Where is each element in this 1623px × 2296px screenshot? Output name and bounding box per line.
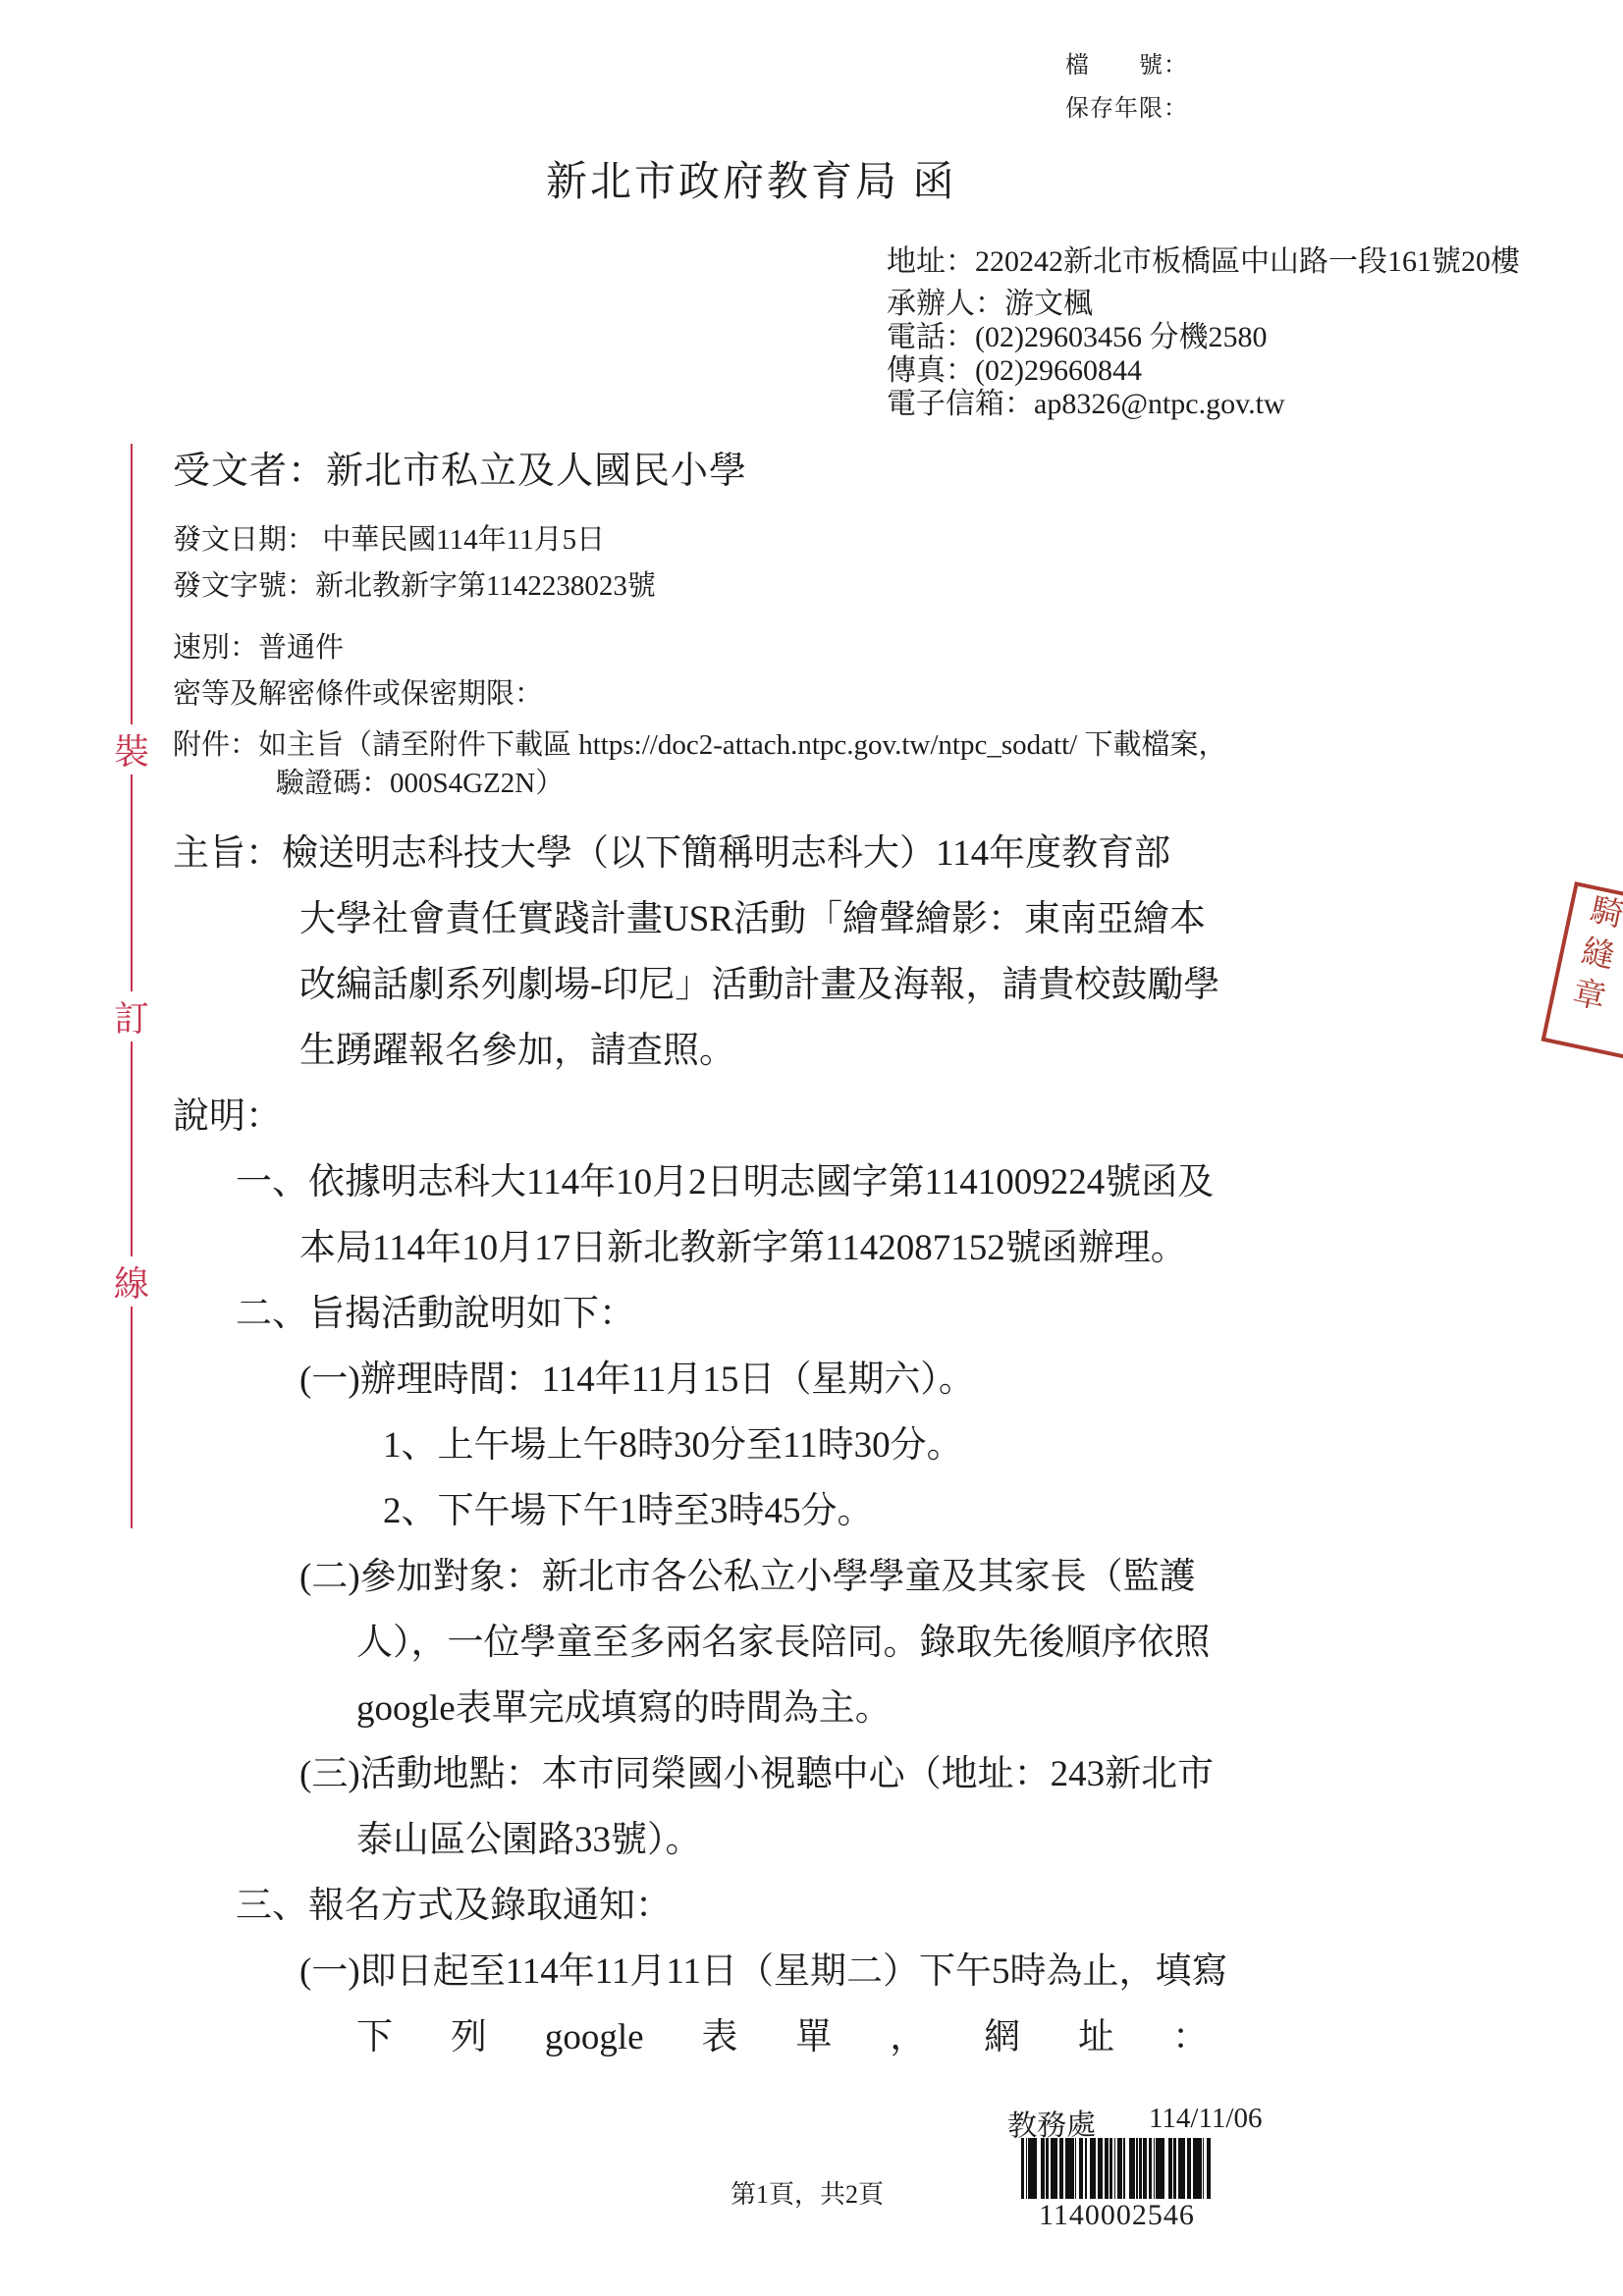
barcode: [1021, 2138, 1213, 2199]
justified-token: 下: [356, 2004, 393, 2070]
body-line: (一)即日起至114年11月11日（星期二）下午5時為止，填寫: [0, 1939, 1623, 2004]
doc-number-line: 發文字號：新北教新字第1142238023號: [173, 563, 656, 604]
document-title: 新北市政府教育局 函: [546, 149, 957, 208]
body-line: 生踴躍報名參加，請查照。: [0, 1018, 1623, 1084]
body-line: 說明：: [0, 1084, 1623, 1149]
recipient-line: 受文者：新北市私立及人國民小學: [173, 440, 747, 494]
justified-token: 網: [984, 2004, 1020, 2070]
justified-token: ，: [890, 2004, 926, 2070]
sender-fax: 傳真：(02)29660844: [887, 354, 1520, 388]
binding-char: 訂: [109, 991, 154, 1041]
justified-token: ：: [1172, 2004, 1209, 2070]
security-line: 密等及解密條件或保密期限：: [173, 671, 543, 712]
justified-token: 表: [701, 2004, 737, 2070]
body-line: (一)辦理時間：114年11月15日（星期六）。: [0, 1347, 1623, 1413]
attachment-line-2: 驗證碼：000S4GZ2N）: [276, 761, 564, 801]
issue-date-line: 發文日期： 中華民國114年11月5日: [173, 517, 605, 558]
received-date: 114/11/06: [1149, 2103, 1262, 2135]
stamp-text: 騎縫章: [1559, 889, 1623, 1023]
body-lines: 主旨：檢送明志科技大學（以下簡稱明志科大）114年度教育部大學社會責任實踐計畫U…: [0, 821, 1623, 2070]
body-line-justified: 下列google表單，網址：: [356, 2004, 1209, 2070]
speed-line: 速別：普通件: [173, 625, 344, 666]
body-line: 1、上午場上午8時30分至11時30分。: [0, 1413, 1623, 1478]
body-line: 泰山區公園路33號）。: [0, 1807, 1623, 1873]
body-line: (二)參加對象：新北市各公私立小學學童及其家長（監護: [0, 1544, 1623, 1610]
body-line: 主旨：檢送明志科技大學（以下簡稱明志科大）114年度教育部: [0, 821, 1623, 886]
binding-char: 線: [109, 1256, 154, 1307]
body-line: 人），一位學童至多兩名家長陪同。錄取先後順序依照: [0, 1610, 1623, 1676]
body-line: (三)活動地點：本市同榮國小視聽中心（地址：243新北市: [0, 1741, 1623, 1807]
sender-block: 地址：220242新北市板橋區中山路一段161號20樓 承辦人：游文楓 電話：(…: [887, 245, 1520, 421]
retention-period-label: 保存年限：: [1065, 88, 1188, 123]
sender-officer: 承辦人：游文楓: [887, 288, 1520, 321]
body-line: 大學社會責任實踐計畫USR活動「繪聲繪影：東南亞繪本: [0, 886, 1623, 952]
barcode-number: 1140002546: [1011, 2199, 1222, 2232]
sender-email: 電子信箱：ap8326@ntpc.gov.tw: [887, 388, 1520, 421]
body-line: 2、下午場下午1時至3時45分。: [0, 1478, 1623, 1544]
binding-char: 裝: [109, 724, 154, 774]
justified-token: 列: [451, 2004, 487, 2070]
justified-token: google: [545, 2004, 644, 2070]
attachment-line-1: 附件：如主旨（請至附件下載區 https://doc2-attach.ntpc.…: [173, 722, 1226, 763]
file-number-label: 檔 號：: [1065, 45, 1188, 80]
body-line: google表單完成填寫的時間為主。: [0, 1676, 1623, 1741]
page-number-info: 第1頁，共2頁: [730, 2174, 884, 2211]
binding-line: [131, 444, 133, 1528]
body-line: 一、依據明志科大114年10月2日明志國字第1141009224號函及: [0, 1149, 1623, 1215]
justified-token: 單: [795, 2004, 832, 2070]
body-line: 本局114年10月17日新北教新字第1142087152號函辦理。: [0, 1215, 1623, 1281]
sender-phone: 電話：(02)29603456 分機2580: [887, 321, 1520, 354]
body-line: 改編話劇系列劇場-印尼」活動計畫及海報，請貴校鼓勵學: [0, 952, 1623, 1018]
justified-token: 址: [1078, 2004, 1114, 2070]
document-page: 檔 號： 保存年限： 新北市政府教育局 函 地址：220242新北市板橋區中山路…: [0, 0, 1623, 2296]
body-line: 二、旨揭活動說明如下：: [0, 1281, 1623, 1347]
sender-address: 地址：220242新北市板橋區中山路一段161號20樓: [887, 245, 1520, 279]
body-line: 三、報名方式及錄取通知：: [0, 1873, 1623, 1939]
